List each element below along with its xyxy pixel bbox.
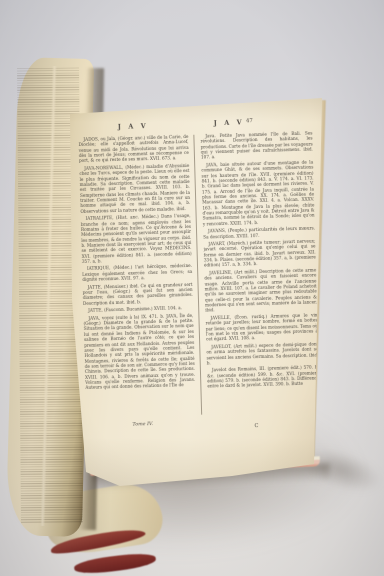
dictionary-entry: IATRIQUE, (Médec.) l'art héroïque, médec… [82,263,192,282]
running-head-right: J A V [174,117,284,128]
dictionary-entry: Javelot des Romains, III. (premiere édit… [207,365,320,389]
dictionary-entry: JADOS, ou Jala, (Géogr. anc.) ville de l… [78,134,189,164]
running-head-left: J A V [78,121,188,132]
dictionary-entry: IATRALIPTE, (Hist. anc. Médec.) Dans l'u… [81,213,192,264]
right-text-column: Java. Petite Java nommée l'île de Bali. … [200,130,320,416]
page-number: 47 [246,118,266,125]
dictionary-entry: JAVA-NOREWALL, (Médec.) maladie d'Abyssi… [79,163,190,214]
volume-footer: Tome IV. [132,422,153,428]
left-text-column: JADOS, ou Jala, (Géogr. anc.) ville de l… [78,134,196,420]
dictionary-entry: JAVA, voyez (suite à la) IX. 471. b. JAV… [83,313,195,391]
dictionary-entry: JATTE, (Menuiser.) ibid. Ce qui en grand… [82,282,193,306]
dictionary-entry: JAVA, baie située autour d'une montagne … [201,159,315,226]
dictionary-entry: JAVELOT, (Art milit.) espece de demi-piq… [206,341,319,365]
text-columns: JADOS, ou Jala, (Géogr. anc.) ville de l… [78,130,324,420]
red-stained-fore-edge [73,551,156,576]
book-photograph: J A V J A V 47 JADOS, ou Jala, (Géogr. a… [0,0,384,576]
page-footer-row: Tome IV. C [86,417,324,438]
printed-page-content: J A V J A V 47 JADOS, ou Jala, (Géogr. a… [78,117,326,484]
dictionary-entry: JAVART, (Maréch.) petite tumeur; javart … [203,239,316,269]
dictionary-entry: JAVELLE, (Écon. rustiq.) Armures que le … [205,312,318,342]
dictionary-entry: JAVANS, (Peuple.) particularités de leur… [203,226,315,240]
right-recto-page: J A V J A V 47 JADOS, ou Jala, (Géogr. a… [58,86,328,490]
dictionary-entry: Java. Petite Java nommée l'île de Bali. … [200,130,313,160]
dictionary-entry: JAVELINE, (Art milit.) Description de ce… [204,267,317,313]
signature-mark: C [254,423,258,429]
